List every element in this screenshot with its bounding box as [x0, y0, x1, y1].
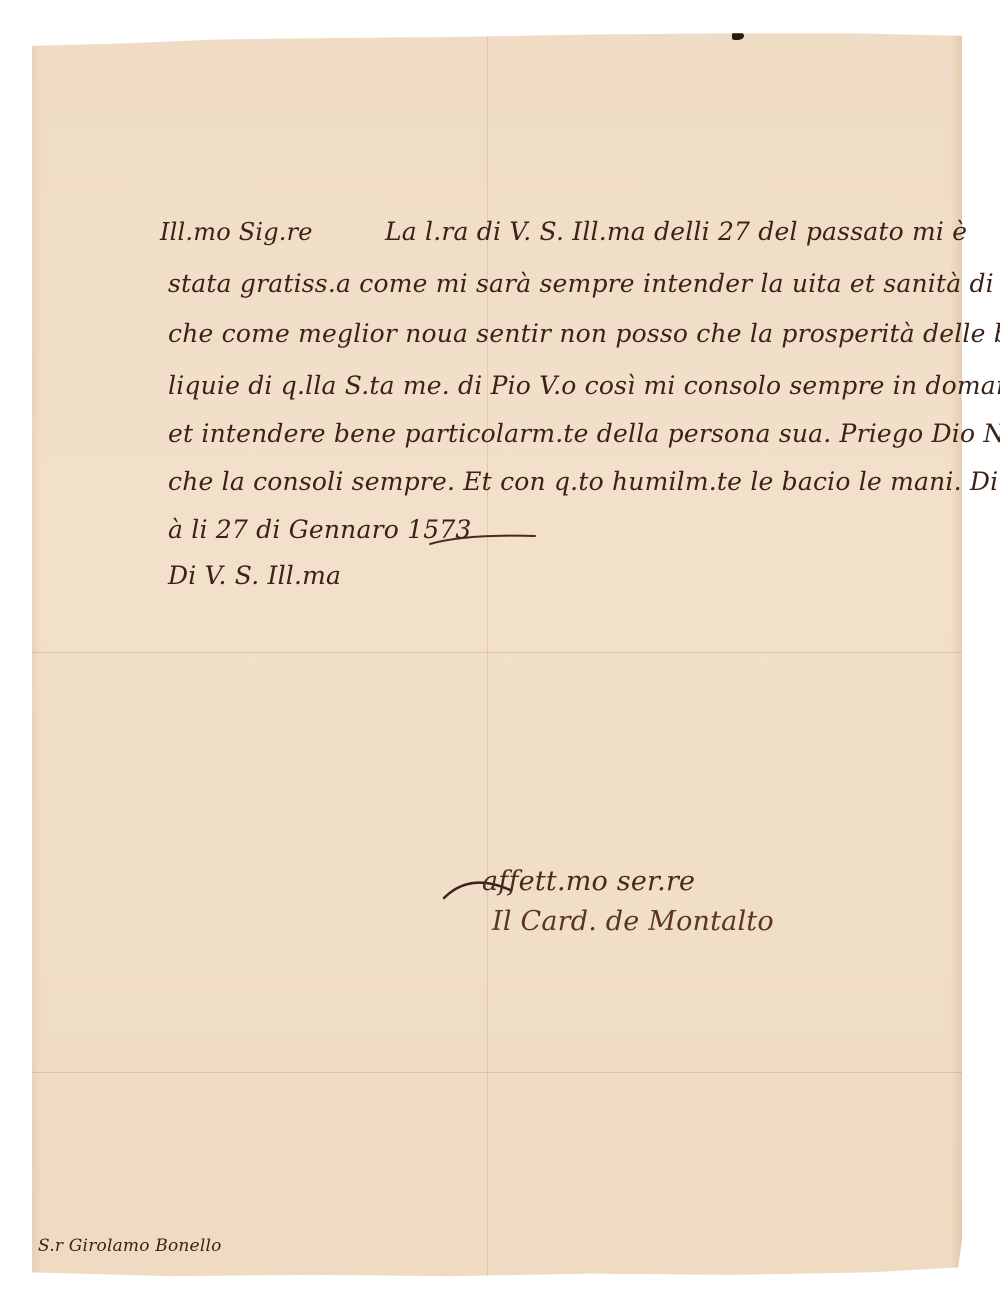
letter-line-2: stata gratiss.a come mi sarà sempre inte…: [168, 268, 1000, 300]
fold-line-horizontal: [32, 652, 962, 653]
addressee-note: S.r Girolamo Bonello: [38, 1236, 222, 1256]
letter-line-1: La l.ra di V. S. Ill.ma delli 27 del pas…: [385, 216, 967, 248]
signature-valediction: affett.mo ser.re: [482, 866, 695, 897]
letter-line-5: et intendere bene particolarm.te della p…: [168, 418, 1000, 450]
flourish-stroke: [425, 530, 545, 550]
letter-line-6: che la consoli sempre. Et con q.to humil…: [168, 466, 1000, 498]
closing-line: Di V. S. Ill.ma: [168, 560, 341, 592]
letter-line-3: che come meglior noua sentir non posso c…: [168, 318, 1000, 350]
signature-name: Il Card. de Montalto: [492, 906, 774, 937]
ink-blot: [732, 32, 744, 40]
fold-line-horizontal-lower: [32, 1072, 962, 1073]
letter-line-4: liquie di q.lla S.ta me. di Pio V.o così…: [168, 370, 1000, 402]
salutation: Ill.mo Sig.re: [160, 218, 313, 246]
